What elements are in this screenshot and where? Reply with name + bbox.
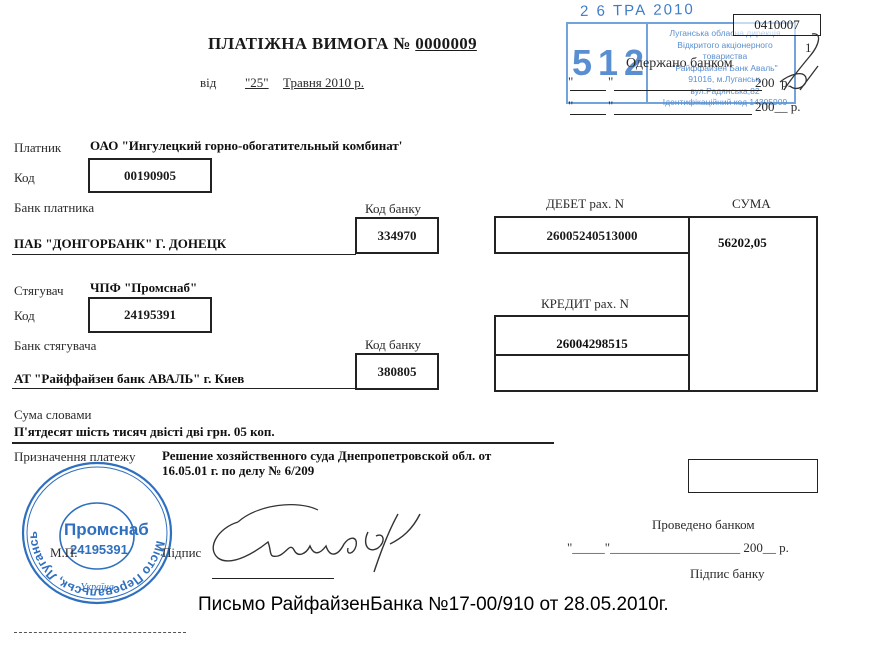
received-month-line-2 [614,114,752,115]
bank-signature-mark [760,30,830,105]
debit-account-box: 26005240513000 [494,216,690,254]
cut-line [14,632,186,633]
payer-code-label: Код [14,170,35,186]
collector-bank-label: Банк стягувача [14,338,96,354]
signature-icon [198,492,428,580]
collector-label: Стягувач [14,283,64,299]
received-day-line [570,90,606,91]
received-quote: " [568,98,573,114]
date-month-year: Травня 2010 р. [283,75,364,91]
date-day: "25" [245,75,269,91]
date-prefix: від [200,75,216,91]
letter-caption: Письмо РайфайзенБанка №17-00/910 от 28.0… [198,594,669,616]
received-quote: " [608,74,613,90]
received-quote: " [568,74,573,90]
received-month-line [614,90,762,91]
received-quote: " [608,98,613,114]
purpose-line-2: 16.05.01 г. по делу № 6/209 [162,463,314,479]
payer-code-box: 00190905 [88,158,212,193]
processed-sign-label: Підпис банку [690,566,765,582]
collector-code-label: Код [14,308,35,324]
credit-account-box: 26004298515 [494,315,690,392]
payer-label: Платник [14,140,61,156]
debit-label: ДЕБЕТ рах. N [546,196,624,212]
sign-label: Підпис [162,545,201,561]
received-day-line-2 [570,114,606,115]
payer-bank-code-label: Код банку [365,201,421,217]
document-title: ПЛАТІЖНА ВИМОГА № 0000009 [208,34,477,54]
received-label: Одержано банком [626,56,733,72]
signature-line [212,578,334,579]
collector-bank-code: 380805 [357,355,437,388]
seal-code: 24195391 [70,542,128,557]
seal-name: Промснаб [64,520,149,540]
amount-words-value: П'ятдесят шість тисяч двісті дві грн. 05… [14,424,275,440]
sum-label: СУМА [732,196,771,212]
company-seal: Місто Перевальськ, Луганська область • П… [18,458,176,608]
payer-bank-code: 334970 [357,219,437,252]
credit-account: 26004298515 [496,336,688,352]
amount-words-label: Сума словами [14,407,92,423]
payer-bank-label: Банк платника [14,200,94,216]
collector-bank-code-box: 380805 [355,353,439,390]
collector-bank-underline [12,388,356,389]
credit-label: КРЕДИТ рах. N [541,296,629,312]
payer-code: 00190905 [90,160,210,191]
sum-value: 56202,05 [718,235,767,251]
title-text: ПЛАТІЖНА ВИМОГА № [208,34,411,53]
collector-name: ЧПФ "Промснаб" [90,280,197,296]
collector-bank-name: АТ "Райффайзен банк АВАЛЬ" г. Киев [14,371,244,387]
payer-bank-name: ПАБ "ДОНГОРБАНК" Г. ДОНЕЦК [14,236,226,252]
stamp-date: 2 6 ТРА 2010 [580,1,695,20]
debit-account: 26005240513000 [496,218,688,252]
sum-box: 56202,05 [688,216,818,392]
amount-words-underline [12,442,554,444]
seal-bottom: Україна [80,582,114,593]
collector-bank-code-label: Код банку [365,337,421,353]
processed-label: Проведено банком [652,517,755,533]
payer-bank-code-box: 334970 [355,217,439,254]
collector-code: 24195391 [90,299,210,331]
bank-notes-box [688,459,818,493]
purpose-line-1: Решение хозяйственного суда Днепропетров… [162,448,491,464]
document-number: 0000009 [415,34,477,53]
payer-name: ОАО "Ингулецкий горно-обогатительный ком… [90,138,402,154]
collector-code-box: 24195391 [88,297,212,333]
processed-date-line: "_____"____________________ 200__ р. [567,540,789,556]
mp-label: М.П. [50,545,77,561]
payer-bank-underline [12,254,356,255]
